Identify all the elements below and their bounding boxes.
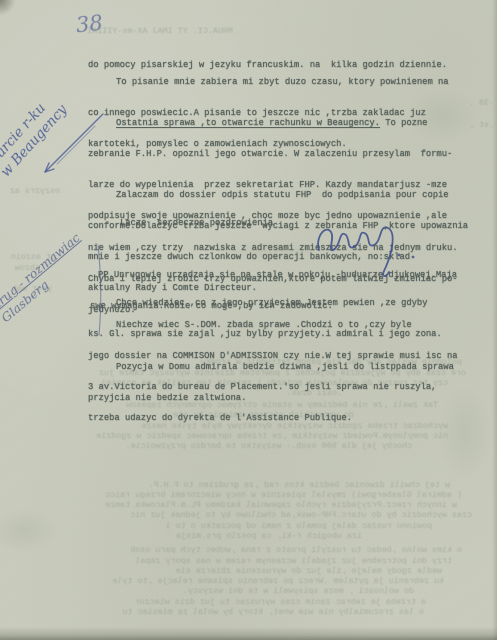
verso-bleedthrough-line: iza ubogich r-ki, ca poszlo prs.misja xyxy=(150,531,362,541)
verso-bleedthrough-line: do wolnosci , moze spisywali w te dni ws… xyxy=(130,586,414,596)
scanned-letter-page: MHUA.CI. YT IMAJ AX-ms-YIIIAI-38 ..st ,o… xyxy=(0,0,497,640)
verso-bleedthrough-line: a trzeba je zebrac zanim czas wyruszac t… xyxy=(92,597,426,607)
verso-bleedthrough-line: ( admiral Glasbergowi) zmyslal spiesznie… xyxy=(40,490,462,500)
verso-bleedthrough-line: powinno ruszac dalej pomalu z nami od po… xyxy=(100,521,432,531)
verso-bleedthrough-line: wedle zgody maleje ,ile juz do wyruszeni… xyxy=(90,566,442,576)
scan-edge-right xyxy=(492,0,497,640)
verso-bleedthrough-line: ku zebraniu ja pytalem .Wrecz po zebrani… xyxy=(60,576,444,586)
verso-bleedthrough-line: trzy dni potrzebne juz zjadali wczesnym … xyxy=(70,556,452,566)
verso-bleedthrough-line: o kims wolno ,bedac tu ruszyli prosto z … xyxy=(60,545,462,555)
verso-bleedthrough-line: w tej chwili dzwoniac bedzie ktos rad ,z… xyxy=(100,480,450,490)
scan-corner-shadow xyxy=(0,0,16,16)
typed-line: przyjcia nie bedzie zaltwiona. xyxy=(88,393,486,403)
scan-edge-bottom xyxy=(0,627,497,640)
underlined-sentence: Ostatnia sprawa ,to otwarcie rachunku w … xyxy=(116,118,380,128)
typed-line: To pisanie mnie zabiera mi zbyt duzo cza… xyxy=(88,77,486,87)
closing-line: Lacze serdeczne pozdrowienia xyxy=(120,218,497,228)
typed-line-rest: To pozne xyxy=(380,118,428,128)
typed-line: zebranie F.H.P. opoznil jego otwarcie. W… xyxy=(88,149,486,159)
typed-line: Niechze wiec S-.DOM. zbada sprawe .Chodz… xyxy=(88,320,486,330)
verso-bleedthrough-line: czas wychodzic by do utarc.FHP-owsk,ad c… xyxy=(40,510,472,520)
paragraph-position: Pozycja w Domu admirala bedzie dziwna ,j… xyxy=(88,341,486,424)
verso-bleedthrough-line: w innych rzecz.Przyjedzie rychlo zapewni… xyxy=(55,500,457,510)
typed-line: Ostatnia sprawa ,to otwarcie rachunku w … xyxy=(88,118,486,128)
handwritten-page-number: 38 xyxy=(75,11,104,38)
typed-line: Zalaczam do dossier odpis statutu FHP do… xyxy=(88,190,486,200)
typed-line: Pozycja w Domu admirala bedzie dziwna ,j… xyxy=(88,362,486,372)
verso-bleedthrough-line: o las zrozumialby nie wie wnet, ktory by… xyxy=(120,607,424,617)
